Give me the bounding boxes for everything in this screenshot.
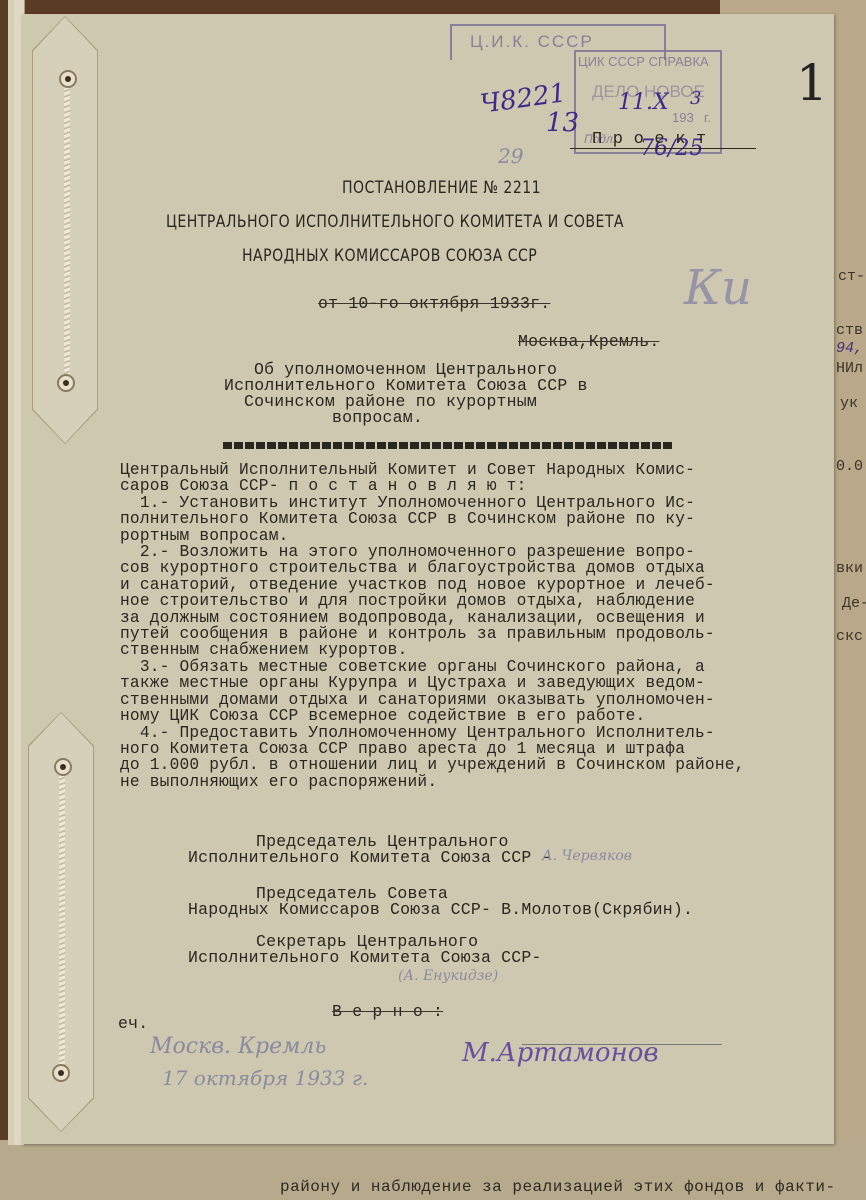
underlying-page-bottom: району и наблюдение за реализацией этих … [0,1140,866,1200]
resolution-body: Центральный Исполнительный Комитет и Сов… [120,462,745,790]
signature-title: Исполнительного Комитета Союза ССР- [188,948,542,967]
body-line: полнительного Комитета Союза ССР в Сочин… [120,511,745,527]
body-line: ное строительство и для постройки домов … [120,593,745,609]
body-line: 3.- Обязать местные советские органы Соч… [120,659,745,675]
signature-title: Народных Комиссаров Союза ССР- В.Молотов… [188,900,693,919]
underlying-fragment: ств. [836,322,866,339]
place-line: Москва,Кремль. [518,332,659,351]
typist-mark: еч. [118,1014,148,1033]
body-line: рортным вопросам. [120,528,745,544]
body-line: 4.- Предоставить Уполномоченному Централ… [120,725,745,741]
underlying-fragment: ук [840,395,858,412]
subject-separator [223,442,673,449]
subject-line: вопросам. [332,408,423,427]
grommet-icon [52,1064,70,1082]
resolution-title-line3: НАРОДНЫХ КОМИССАРОВ СОЮЗА ССР [242,246,537,266]
body-line: путей сообщения в районе и контроль за п… [120,626,745,642]
signature-title: Исполнительного Комитета Союза ССР - [188,848,552,867]
underlying-fragment: 94, [836,340,863,357]
underlying-fragment: 0.0 [836,458,863,475]
stamp-year-handwritten: 3 [690,88,701,109]
binding-cord-icon [59,770,65,1074]
underlying-fragment: скс [836,628,863,645]
binding-cord-icon [64,82,70,382]
body-line: ному ЦИК Союза ССР всемерное содействие … [120,708,745,724]
body-line: также местные органы Курупра и Цустраха … [120,675,745,691]
grommet-icon [54,758,72,776]
body-line: Центральный Исполнительный Комитет и Сов… [120,462,745,478]
pencil-number: 29 [498,144,523,168]
underlying-fragment: вки [836,560,863,577]
handwritten-signature: А. Червяков [542,848,632,864]
underlying-fragment: ст- [838,268,865,285]
underlying-fragment: НИл [836,360,863,377]
margin-pencil-signature: Ки [684,260,752,316]
grommet-icon [59,70,77,88]
body-line: за должным состоянием водопровода, канал… [120,610,745,626]
date-line: от 10-го октября 1933г. [318,294,550,313]
stamp-date-handwritten: 11.X [618,90,669,115]
body-line: 2.- Возложить на этого уполномоченного р… [120,544,745,560]
registry-subnumber: 13 [546,108,579,138]
verno-label: В е р н о : [332,1002,443,1021]
handwritten-date: 17 октября 1933 г. [162,1066,368,1090]
underlying-bottom-line: району и наблюдение за реализацией этих … [280,1178,836,1196]
resolution-title-line2: ЦЕНТРАЛЬНОГО ИСПОЛНИТЕЛЬНОГО КОМИТЕТА И … [166,212,624,232]
underlying-fragment: Де- [842,595,866,612]
body-line: ственным снабжением курортов. [120,642,745,658]
body-line: ственными домами отдыха и санаториями ок… [120,692,745,708]
page-number-corner: 1 [796,54,828,112]
body-line: сов курортного строительства и благоустр… [120,560,745,576]
document-page: Ц.И.К. СССР ЦИК СССР СПРАВКА ДЕЛО НОВОЕ … [22,14,834,1144]
body-line: саров Союза ССР- п о с т а н о в л я ю т… [120,478,745,494]
proekt-label: П р о е к т [592,130,706,149]
body-line: не выполняющих его распоряжений. [120,774,745,790]
resolution-title: ПОСТАНОВЛЕНИЕ № 2211 [342,178,541,198]
body-line: до 1.000 рубл. в отношении лиц и учрежде… [120,757,745,773]
grommet-icon [57,374,75,392]
handwritten-place: Москв. Кремль [150,1034,326,1059]
certifier-signature: М.Артамонов [462,1038,659,1068]
body-line: ного Комитета Союза ССР право ареста до … [120,741,745,757]
body-line: и санаторий, отведение участков под ново… [120,577,745,593]
signature-line [522,1044,722,1045]
handwritten-signature: (А. Енукидзе) [398,968,498,984]
proekt-underline [570,148,756,149]
body-line: 1.- Установить институт Уполномоченного … [120,495,745,511]
